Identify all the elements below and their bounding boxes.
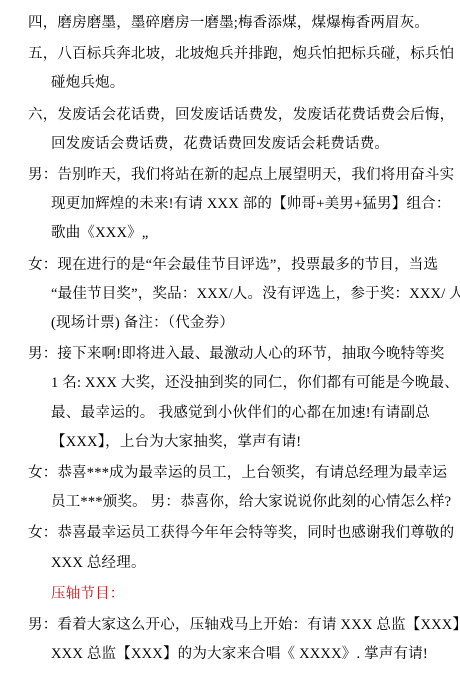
paragraph-host-male-lottery: 男：接下来啊!即将进入最、最激动人心的环节，抽取今晚特等奖1 名: XXX 大奖… [28,340,430,457]
paragraph-tongue-twister-item-5: 五，八百标兵奔北坡，北坡炮兵并排跑，炮兵怕把标兵碰，标兵怕碰炮兵炮。 [28,40,430,98]
text-line: 四，磨房磨墨，墨碎磨房一磨墨;梅香添煤，煤爆梅香两眉灰。 [28,9,430,38]
text-line: 女：恭喜***成为最幸运的员工，上台领奖，有请总经理为最幸运 [28,459,430,488]
paragraph-host-male-opening: 男：告别昨天，我们将站在新的起点上展望明天，我们将用奋斗实现更加辉煌的未来!有请… [28,161,430,249]
text-line: 歌曲《XXX》„ [28,219,430,248]
text-line: 男：接下来啊!即将进入最、最激动人心的环节，抽取今晚特等奖 [28,340,430,369]
paragraph-tongue-twister-item-4: 四，磨房磨墨，墨碎磨房一磨墨;梅香添煤，煤爆梅香两眉灰。 [28,9,430,38]
text-line: 六，发废话会花话费，回发废话话费发，发废话花费话费会后悔， [28,101,430,130]
page: { "page": { "background": "#ffffff", "te… [0,0,460,683]
text-line: 女：现在进行的是“年会最佳节目评选”，投票最多的节目，当选 [28,251,430,280]
text-line: 现更加辉煌的未来!有请 XXX 部的【帅哥+美男+猛男】组合： [28,190,430,219]
text-line: 男：看着大家这么开心，压轴戏马上开始：有请 XXX 总监【XXX】、 [28,611,430,640]
paragraph-tongue-twister-item-6: 六，发废话会花话费，回发废话话费发，发废话花费话费会后悔，回发废话会费话费，花费… [28,101,430,159]
document-body: 四，磨房磨墨，墨碎磨房一磨墨;梅香添煤，煤爆梅香两眉灰。五，八百标兵奔北坡，北坡… [0,0,460,669]
paragraph-host-male-finale: 男：看着大家这么开心，压轴戏马上开始：有请 XXX 总监【XXX】、XXX 总监… [28,611,430,669]
text-line: 1 名: XXX 大奖，还没抽到奖的同仁，你们都有可能是今晚最、 [28,369,430,398]
text-line: 最、最幸运的。 我感觉到小伙伴们的心都在加速!有请副总 [28,399,430,428]
paragraph-finale-heading: 压轴节目： [28,580,430,609]
text-line: 员工***颁奖。 男：恭喜你，给大家说说你此刻的心情怎么样? [28,488,430,517]
text-line: 女：恭喜最幸运员工获得今年年会特等奖，同时也感谢我们尊敬的 [28,519,430,548]
text-line: “最佳节目奖”，奖品：XXX/人。没有评选上，参于奖：XXX/ 人 [28,280,430,309]
text-line: 五，八百标兵奔北坡，北坡炮兵并排跑，炮兵怕把标兵碰，标兵怕 [28,40,430,69]
text-line: 【XXX】，上台为大家抽奖，掌声有请! [28,428,430,457]
text-line: XXX 总监【XXX】的为大家来合唱《 XXXX》. 掌声有请! [28,640,430,669]
section-heading-red: 压轴节目： [28,580,430,609]
text-line: (现场计票) 备注：（代金券） [28,309,430,338]
text-line: 回发废话会费话费，花费话费回发废话会耗费话费。 [28,130,430,159]
paragraph-host-female-thanks: 女：恭喜最幸运员工获得今年年会特等奖，同时也感谢我们尊敬的XXX 总经理。 [28,519,430,577]
text-line: XXX 总经理。 [28,549,430,578]
paragraph-host-female-congrats: 女：恭喜***成为最幸运的员工，上台领奖，有请总经理为最幸运员工***颁奖。 男… [28,459,430,517]
paragraph-host-female-vote: 女：现在进行的是“年会最佳节目评选”，投票最多的节目，当选“最佳节目奖”，奖品：… [28,251,430,339]
text-line: 男：告别昨天，我们将站在新的起点上展望明天，我们将用奋斗实 [28,161,430,190]
text-line: 碰炮兵炮。 [28,69,430,98]
